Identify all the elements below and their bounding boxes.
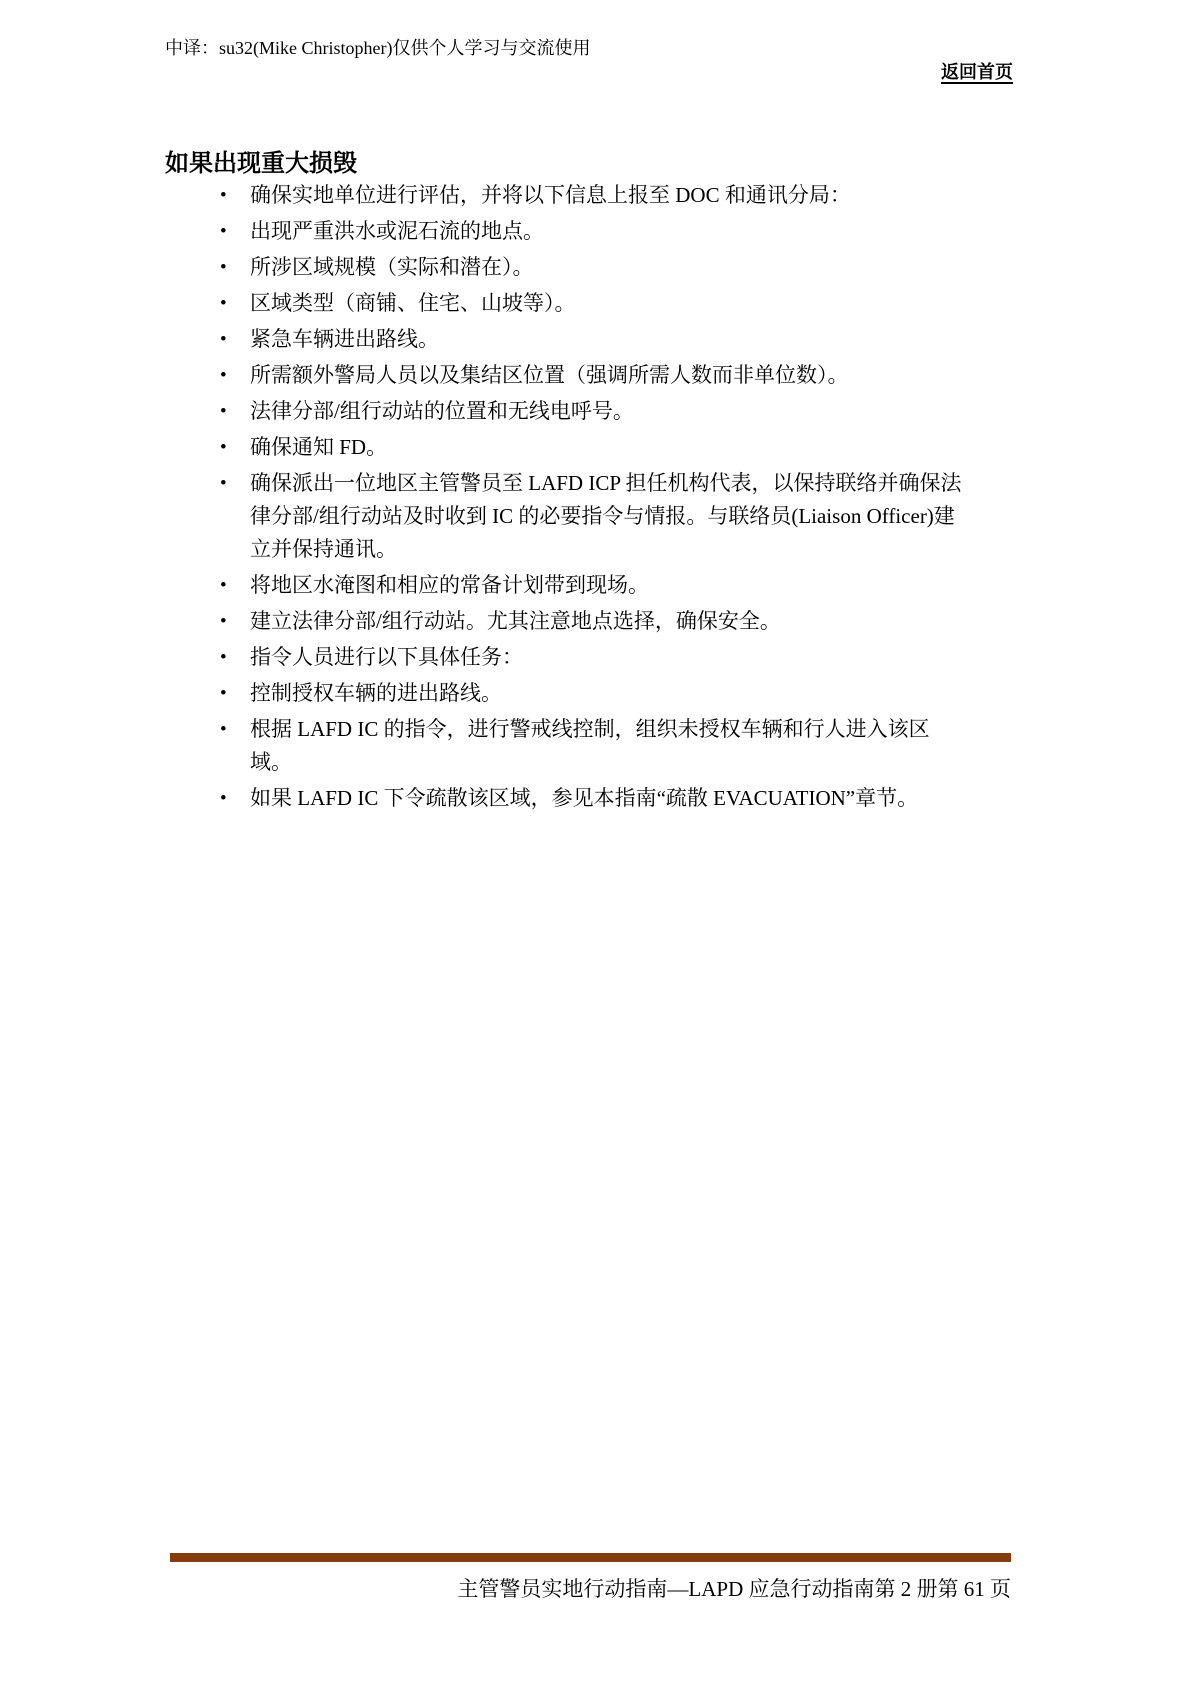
footer-page-label: 主管警员实地行动指南—LAPD 应急行动指南第 2 册第 61 页 [165, 1574, 1011, 1604]
document-page: 中译：su32(Mike Christopher)仅供个人学习与交流使用 返回首… [0, 0, 1192, 1686]
list-item: 确保派出一位地区主管警员至 LAFD ICP 担任机构代表，以保持联络并确保法律… [165, 467, 965, 566]
list-item: 区域类型（商铺、住宅、山坡等）。 [165, 287, 965, 320]
list-item: 将地区水淹图和相应的常备计划带到现场。 [165, 569, 965, 602]
bullet-list: 确保实地单位进行评估，并将以下信息上报至 DOC 和通讯分局： 出现严重洪水或泥… [165, 179, 965, 818]
list-item: 如果 LAFD IC 下令疏散该区域，参见本指南“疏散 EVACUATION”章… [165, 782, 965, 815]
list-item: 控制授权车辆的进出路线。 [165, 677, 965, 710]
list-item: 所涉区域规模（实际和潜在）。 [165, 251, 965, 284]
back-link-row: 返回首页 [165, 58, 1013, 84]
list-item: 根据 LAFD IC 的指令，进行警戒线控制，组织未授权车辆和行人进入该区域。 [165, 713, 965, 779]
list-item: 出现严重洪水或泥石流的地点。 [165, 215, 965, 248]
list-item: 确保实地单位进行评估，并将以下信息上报至 DOC 和通讯分局： [165, 179, 965, 212]
list-item: 确保通知 FD。 [165, 431, 965, 464]
translator-note: 中译：su32(Mike Christopher)仅供个人学习与交流使用 [165, 36, 590, 60]
list-item: 法律分部/组行动站的位置和无线电呼号。 [165, 395, 965, 428]
page-title: 如果出现重大损毁 [165, 149, 357, 179]
list-item: 所需额外警局人员以及集结区位置（强调所需人数而非单位数）。 [165, 359, 965, 392]
list-item: 指令人员进行以下具体任务： [165, 641, 965, 674]
list-item: 建立法律分部/组行动站。尤其注意地点选择，确保安全。 [165, 605, 965, 638]
footer-divider-bar [170, 1553, 1011, 1562]
list-item: 紧急车辆进出路线。 [165, 323, 965, 356]
back-to-home-link[interactable]: 返回首页 [941, 62, 1013, 82]
